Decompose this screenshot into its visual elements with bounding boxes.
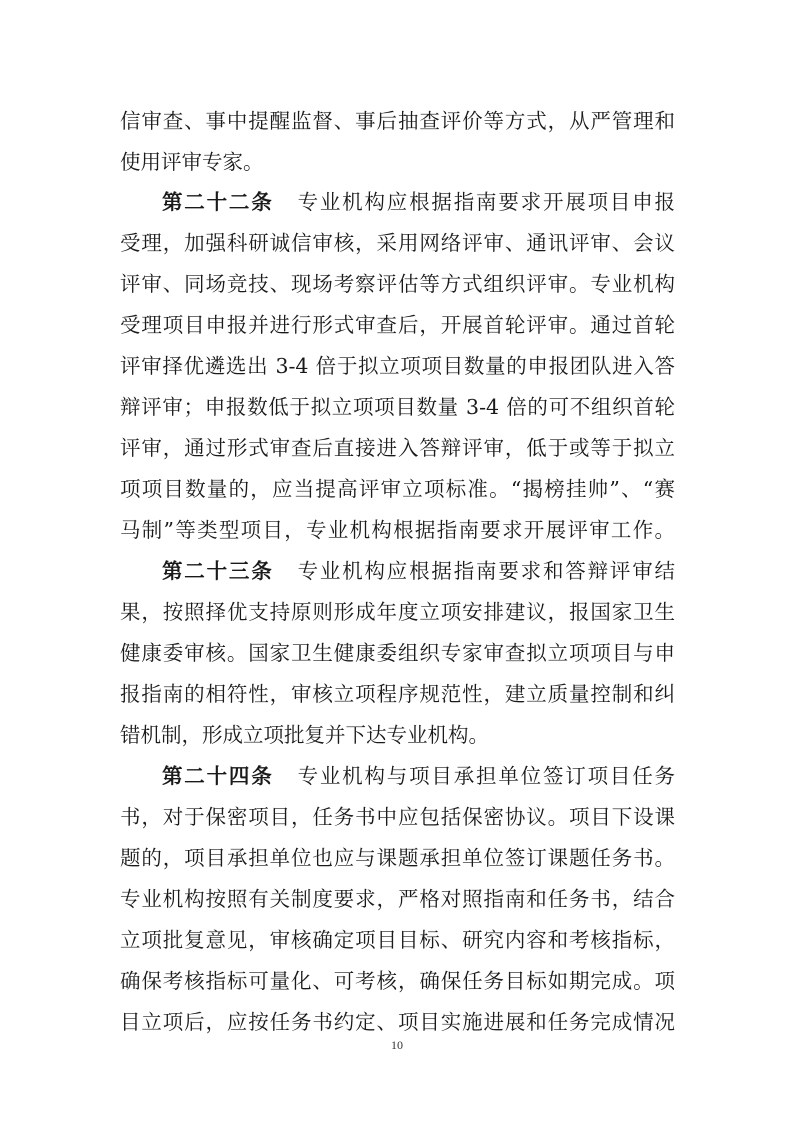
line-text: 评审择优遴选出 3-4 倍于拟立项项目数量的申报团队进入答 bbox=[120, 354, 675, 378]
article-number: 第二十三条 bbox=[162, 559, 274, 583]
paragraph-line: 立项批复意见，审核确定项目目标、研究内容和考核指标， bbox=[120, 920, 675, 961]
paragraph-line: 题的，项目承担单位也应与课题承担单位签订课题任务书。 bbox=[120, 838, 675, 879]
line-text: 立项批复意见，审核确定项目目标、研究内容和考核指标， bbox=[120, 928, 675, 952]
line-text: 报指南的相符性，审核立项程序规范性，建立质量控制和纠 bbox=[120, 682, 675, 706]
paragraph-line: 专业机构按照有关制度要求，严格对照指南和任务书，结合 bbox=[120, 879, 675, 920]
paragraph-line: 信审查、事中提醒监督、事后抽查评价等方式，从严管理和 bbox=[120, 101, 675, 142]
paragraph-line: 使用评审专家。 bbox=[120, 142, 675, 183]
paragraph-line: 马制”等类型项目，专业机构根据指南要求开展评审工作。 bbox=[120, 510, 675, 551]
line-text: 信审查、事中提醒监督、事后抽查评价等方式，从严管理和 bbox=[120, 109, 675, 133]
line-text: 果，按照择优支持原则形成年度立项安排建议，报国家卫生 bbox=[120, 600, 675, 624]
line-text: 专业机构应根据指南要求和答辩评审结 bbox=[298, 559, 675, 583]
paragraph-line: 受理项目申报并进行形式审查后，开展首轮评审。通过首轮 bbox=[120, 305, 675, 346]
line-text: 受理，加强科研诚信审核，采用网络评审、通讯评审、会议 bbox=[120, 231, 675, 255]
paragraph-line: 受理，加强科研诚信审核，采用网络评审、通讯评审、会议 bbox=[120, 223, 675, 264]
paragraph-line: 评审、同场竞技、现场考察评估等方式组织评审。专业机构 bbox=[120, 264, 675, 305]
line-text: 书，对于保密项目，任务书中应包括保密协议。项目下设课 bbox=[120, 805, 675, 829]
article-24-heading-line: 第二十四条专业机构与项目承担单位签订项目任务 bbox=[162, 756, 675, 797]
line-text: 目立项后，应按任务书约定、项目实施进展和任务完成情况 bbox=[120, 1010, 675, 1034]
paragraph-line: 辩评审；申报数低于拟立项项目数量 3-4 倍的可不组织首轮 bbox=[120, 387, 675, 428]
line-text: 健康委审核。国家卫生健康委组织专家审查拟立项项目与申 bbox=[120, 641, 675, 665]
paragraph-line: 果，按照择优支持原则形成年度立项安排建议，报国家卫生 bbox=[120, 592, 675, 633]
article-23-heading-line: 第二十三条专业机构应根据指南要求和答辩评审结 bbox=[162, 551, 675, 592]
paragraph-line: 报指南的相符性，审核立项程序规范性，建立质量控制和纠 bbox=[120, 674, 675, 715]
line-text: 错机制，形成立项批复并下达专业机构。 bbox=[120, 723, 489, 747]
paragraph-line: 错机制，形成立项批复并下达专业机构。 bbox=[120, 715, 675, 756]
line-text: 使用评审专家。 bbox=[120, 150, 264, 174]
line-text: 专业机构按照有关制度要求，严格对照指南和任务书，结合 bbox=[120, 887, 675, 911]
paragraph-line: 书，对于保密项目，任务书中应包括保密协议。项目下设课 bbox=[120, 797, 675, 838]
line-text: 专业机构应根据指南要求开展项目申报 bbox=[298, 190, 675, 214]
line-text: 题的，项目承担单位也应与课题承担单位签订课题任务书。 bbox=[120, 846, 675, 870]
line-text: 马制”等类型项目，专业机构根据指南要求开展评审工作。 bbox=[120, 518, 675, 542]
line-text: 受理项目申报并进行形式审查后，开展首轮评审。通过首轮 bbox=[120, 313, 675, 337]
article-22-heading-line: 第二十二条专业机构应根据指南要求开展项目申报 bbox=[162, 182, 675, 223]
paragraph-line: 健康委审核。国家卫生健康委组织专家审查拟立项项目与申 bbox=[120, 633, 675, 674]
line-text: 评审、同场竞技、现场考察评估等方式组织评审。专业机构 bbox=[120, 272, 675, 296]
paragraph-line: 目立项后，应按任务书约定、项目实施进展和任务完成情况 bbox=[120, 1002, 675, 1043]
paragraph-line: 项项目数量的，应当提高评审立项标准。“揭榜挂帅”、“赛 bbox=[120, 469, 675, 510]
page-number: 10 bbox=[0, 1038, 794, 1053]
line-text: 确保考核指标可量化、可考核，确保任务目标如期完成。项 bbox=[120, 969, 675, 993]
line-text: 评审，通过形式审查后直接进入答辩评审，低于或等于拟立 bbox=[120, 436, 675, 460]
paragraph-line: 评审，通过形式审查后直接进入答辩评审，低于或等于拟立 bbox=[120, 428, 675, 469]
document-page: 信审查、事中提醒监督、事后抽查评价等方式，从严管理和 使用评审专家。 第二十二条… bbox=[0, 0, 794, 1123]
article-number: 第二十四条 bbox=[162, 764, 274, 788]
paragraph-line: 确保考核指标可量化、可考核，确保任务目标如期完成。项 bbox=[120, 961, 675, 1002]
article-number: 第二十二条 bbox=[162, 190, 274, 214]
line-text: 辩评审；申报数低于拟立项项目数量 3-4 倍的可不组织首轮 bbox=[120, 395, 675, 419]
paragraph-line: 评审择优遴选出 3-4 倍于拟立项项目数量的申报团队进入答 bbox=[120, 346, 675, 387]
line-text: 项项目数量的，应当提高评审立项标准。“揭榜挂帅”、“赛 bbox=[120, 477, 675, 501]
line-text: 专业机构与项目承担单位签订项目任务 bbox=[298, 764, 675, 788]
